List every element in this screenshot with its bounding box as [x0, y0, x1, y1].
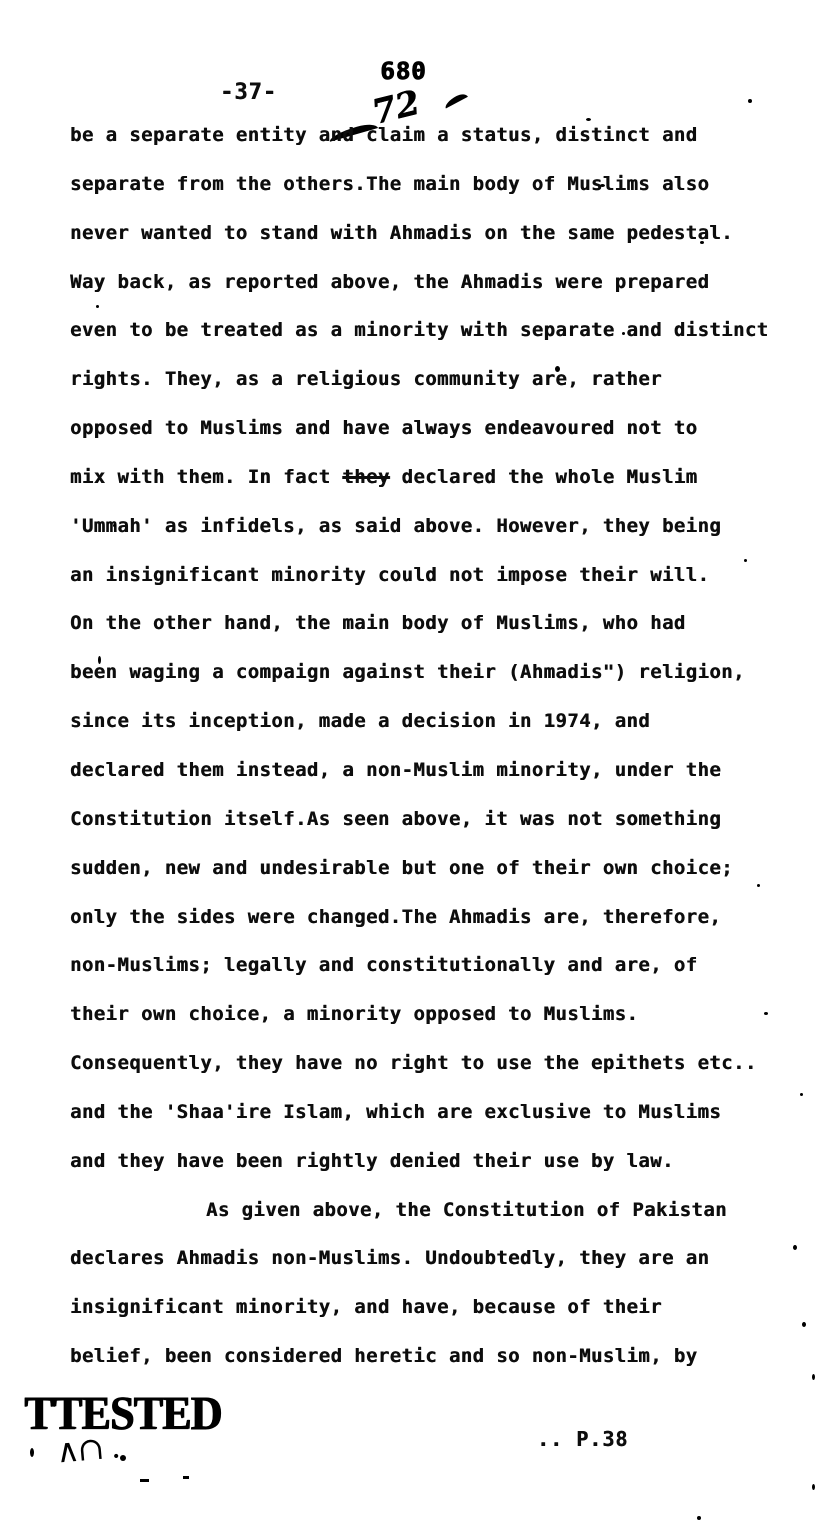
scan-speckle [555, 366, 560, 372]
text-line: separate from the others.The main body o… [70, 160, 800, 209]
document-body: be a separate entity and claim a status,… [70, 111, 800, 1381]
scan-speckle [30, 1448, 34, 1457]
text-line: never wanted to stand with Ahmadis on th… [70, 209, 800, 258]
text-line: declares Ahmadis non-Muslims. Undoubtedl… [70, 1234, 800, 1283]
scan-speckle [764, 1012, 768, 1015]
typed-page-number: -37- [220, 80, 277, 105]
text-line: and the 'Shaa'ire Islam, which are exclu… [70, 1088, 800, 1137]
text-line: 'Ummah' as infidels, as said above. Howe… [70, 502, 800, 551]
scan-speckle [793, 1245, 797, 1250]
text-line: opposed to Muslims and have always endea… [70, 404, 800, 453]
text-line: Consequently, they have no right to use … [70, 1039, 800, 1088]
struck-word: they [342, 466, 389, 488]
text-line: rights. They, as a religious community a… [70, 355, 800, 404]
scan-speckle [678, 424, 681, 427]
scan-speckle [700, 241, 704, 244]
text-line: and they have been rightly denied their … [70, 1137, 800, 1186]
text-line: On the other hand, the main body of Musl… [70, 599, 800, 648]
text-line: be a separate entity and claim a status,… [70, 111, 800, 160]
scan-speckle [802, 1322, 806, 1327]
pen-stroke [443, 91, 468, 108]
scan-speckle [120, 1455, 126, 1461]
text-line: an insignificant minority could not impo… [70, 551, 800, 600]
text-line: since its inception, made a decision in … [70, 697, 800, 746]
scan-speckle [600, 184, 605, 187]
continuation-page-ref: .. P.38 [537, 1427, 628, 1451]
text-line: sudden, new and undesirable but one of t… [70, 844, 800, 893]
scan-speckle [812, 1374, 815, 1380]
text-line: mix with them. In fact they declared the… [70, 453, 800, 502]
text-line: Way back, as reported above, the Ahmadis… [70, 258, 800, 307]
document-page: 680 -37- 72 be a separate entity and cla… [0, 0, 840, 1540]
text-line: been waging a compaign against their (Ah… [70, 648, 800, 697]
page-number-stamp: 680 [380, 57, 426, 85]
scan-speckle [812, 1484, 815, 1490]
text-line: their own choice, a minority opposed to … [70, 990, 800, 1039]
scan-speckle [748, 99, 752, 103]
scan-speckle [586, 118, 591, 121]
text-line: belief, been considered heretic and so n… [70, 1332, 800, 1381]
text-line: insignificant minority, and have, becaus… [70, 1283, 800, 1332]
scan-speckle [622, 332, 625, 335]
scan-speckle [524, 233, 527, 236]
scan-speckle [96, 305, 99, 308]
text-line: As given above, the Constitution of Paki… [70, 1186, 800, 1235]
text-line: only the sides were changed.The Ahmadis … [70, 893, 800, 942]
scan-speckle [183, 1476, 189, 1479]
text-line: Constitution itself.As seen above, it wa… [70, 795, 800, 844]
scan-speckle [98, 656, 101, 664]
text-line: even to be treated as a minority with se… [70, 306, 800, 355]
scan-speckle [113, 524, 116, 527]
scan-speckle [744, 559, 747, 562]
scan-speckle [800, 1093, 803, 1096]
handwritten-initials: ∧∩ . [54, 1427, 120, 1470]
scan-speckle [757, 884, 760, 887]
scan-speckle [697, 1516, 701, 1520]
text-line: non-Muslims; legally and constitutionall… [70, 941, 800, 990]
scan-speckle [140, 1479, 149, 1482]
text-line: declared them instead, a non-Muslim mino… [70, 746, 800, 795]
